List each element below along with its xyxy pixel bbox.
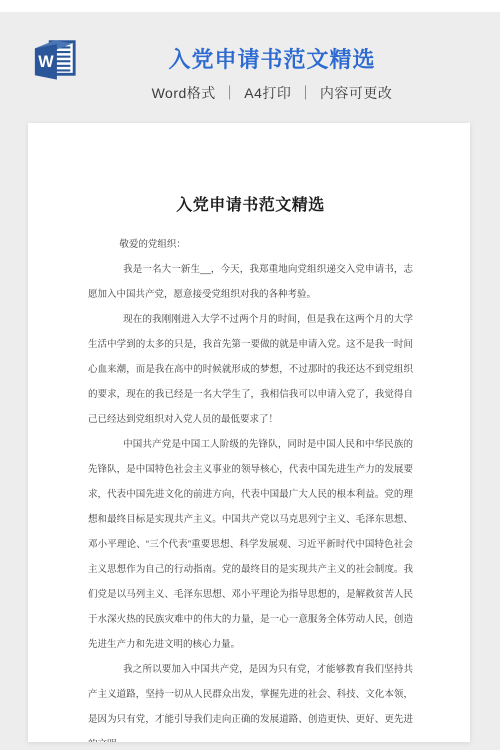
doc-paragraph: 我是一名大一新生__，今天，我郑重地向党组织递交入党申请书，志愿加入中国共产党，…: [88, 257, 413, 307]
word-logo-icon: W: [32, 35, 78, 81]
salutation: 敬爱的党组织：: [88, 232, 413, 257]
page-title: 入党申请书范文精选: [44, 46, 500, 74]
format-meta-line: Word格式｜A4打印｜内容可更改: [44, 83, 500, 103]
meta-a4-print: A4打印: [244, 85, 291, 101]
document-title: 入党申请书范文精选: [88, 195, 413, 216]
svg-text:W: W: [38, 53, 54, 71]
top-white-strip: [0, 0, 500, 12]
meta-word-format: Word格式: [152, 85, 216, 101]
template-preview-page: W 入党申请书范文精选 Word格式｜A4打印｜内容可更改 入党申请书范文精选 …: [0, 12, 500, 750]
meta-separator: ｜: [223, 85, 238, 101]
doc-paragraphs: 我是一名大一新生__，今天，我郑重地向党组织递交入党申请书，志愿加入中国共产党，…: [88, 257, 413, 742]
doc-paragraph: 现在的我刚刚进入大学不过两个月的时间，但是我在这两个月的大学生活中学到的太多的只…: [88, 307, 413, 432]
meta-separator: ｜: [298, 85, 313, 101]
doc-paragraph: 我之所以要加入中国共产党，是因为只有党，才能够教育我们坚持共产主义道路，坚持一切…: [88, 657, 413, 742]
doc-paragraph: 中国共产党是中国工人阶级的先锋队，同时是中国人民和中华民族的先锋队，是中国特色社…: [88, 432, 413, 657]
document-preview-sheet: 入党申请书范文精选 敬爱的党组织： 我是一名大一新生__，今天，我郑重地向党组织…: [28, 123, 470, 742]
document-body: 敬爱的党组织： 我是一名大一新生__，今天，我郑重地向党组织递交入党申请书，志愿…: [88, 232, 413, 742]
meta-editable: 内容可更改: [320, 85, 393, 101]
